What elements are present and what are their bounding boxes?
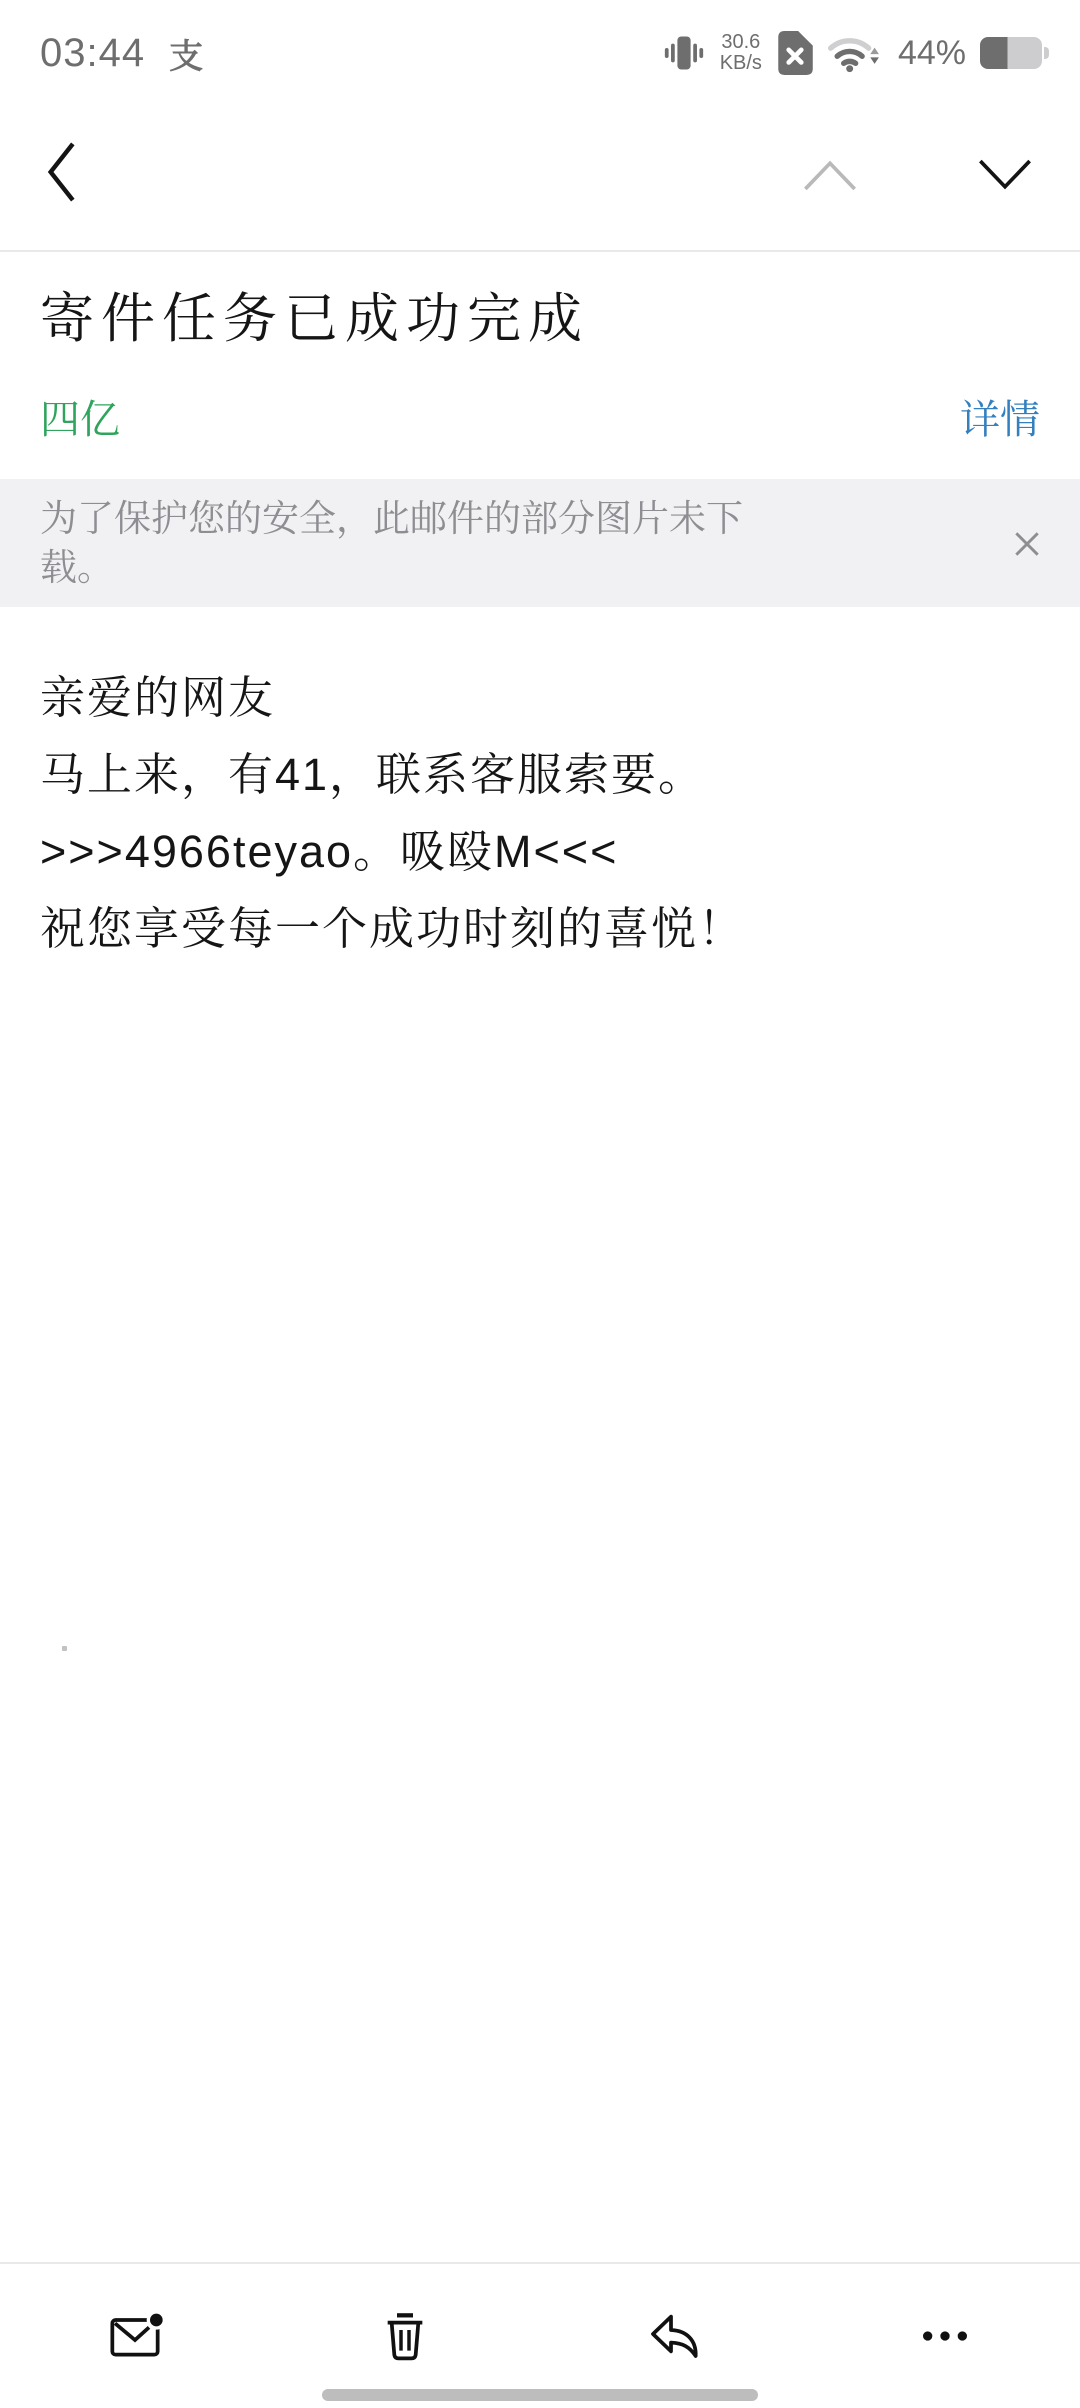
clock-text: 03:44: [40, 31, 145, 76]
network-speed-unit: KB/s: [720, 53, 762, 74]
more-button[interactable]: [810, 2304, 1080, 2368]
mail-subject: 寄件任务已成功完成: [40, 286, 1040, 352]
mail-read-screen: 03:44 支 30.6 KB/s: [0, 0, 1080, 2408]
previous-mail-button[interactable]: [800, 154, 860, 196]
no-sim-icon: [776, 30, 814, 76]
vibrate-mode-icon: [662, 33, 706, 73]
reply-arrow-icon: [643, 2304, 707, 2368]
delete-button[interactable]: [270, 2304, 540, 2368]
status-left: 03:44 支: [40, 29, 203, 78]
battery-percent-text: 44%: [898, 34, 966, 73]
details-link[interactable]: 详情: [960, 388, 1040, 445]
wifi-icon: [828, 33, 880, 73]
body-line: >>>4966teyao。吸殴M<<<: [40, 813, 1040, 890]
back-button[interactable]: [38, 138, 84, 206]
envelope-unread-icon: [103, 2304, 167, 2368]
reply-button[interactable]: [540, 2304, 810, 2368]
trash-icon: [373, 2304, 437, 2368]
body-line: 马上来，有41，联系客服索要。: [40, 736, 1040, 813]
nav-bar: [0, 92, 1080, 250]
home-indicator[interactable]: [322, 2389, 758, 2401]
network-speed-value: 30.6: [721, 32, 760, 53]
alipay-notification-icon: 支: [169, 29, 203, 78]
mail-header: 寄件任务已成功完成 四亿 详情: [0, 252, 1080, 445]
security-banner: 为了保护您的安全，此邮件的部分图片未下载。: [0, 479, 1080, 607]
body-line: 祝您享受每一个成功时刻的喜悦！: [40, 890, 1040, 967]
status-bar: 03:44 支 30.6 KB/s: [0, 0, 1080, 92]
sender-name[interactable]: 四亿: [40, 388, 120, 445]
ellipsis-icon: [913, 2304, 977, 2368]
banner-close-icon[interactable]: [1008, 525, 1046, 563]
battery-icon: [980, 37, 1042, 69]
next-mail-button[interactable]: [975, 154, 1035, 196]
sender-row: 四亿 详情: [40, 388, 1040, 445]
network-speed: 30.6 KB/s: [720, 32, 762, 74]
status-right: 30.6 KB/s 44%: [662, 30, 1042, 76]
mark-unread-button[interactable]: [0, 2304, 270, 2368]
mail-body: 亲爱的网友 马上来，有41，联系客服索要。 >>>4966teyao。吸殴M<<…: [0, 607, 1080, 967]
body-line: 亲爱的网友: [40, 659, 1040, 736]
security-banner-text: 为了保护您的安全，此邮件的部分图片未下载。: [40, 494, 765, 592]
broken-image-placeholder-dot: [62, 1646, 67, 1651]
bottom-toolbar: [0, 2262, 1080, 2408]
